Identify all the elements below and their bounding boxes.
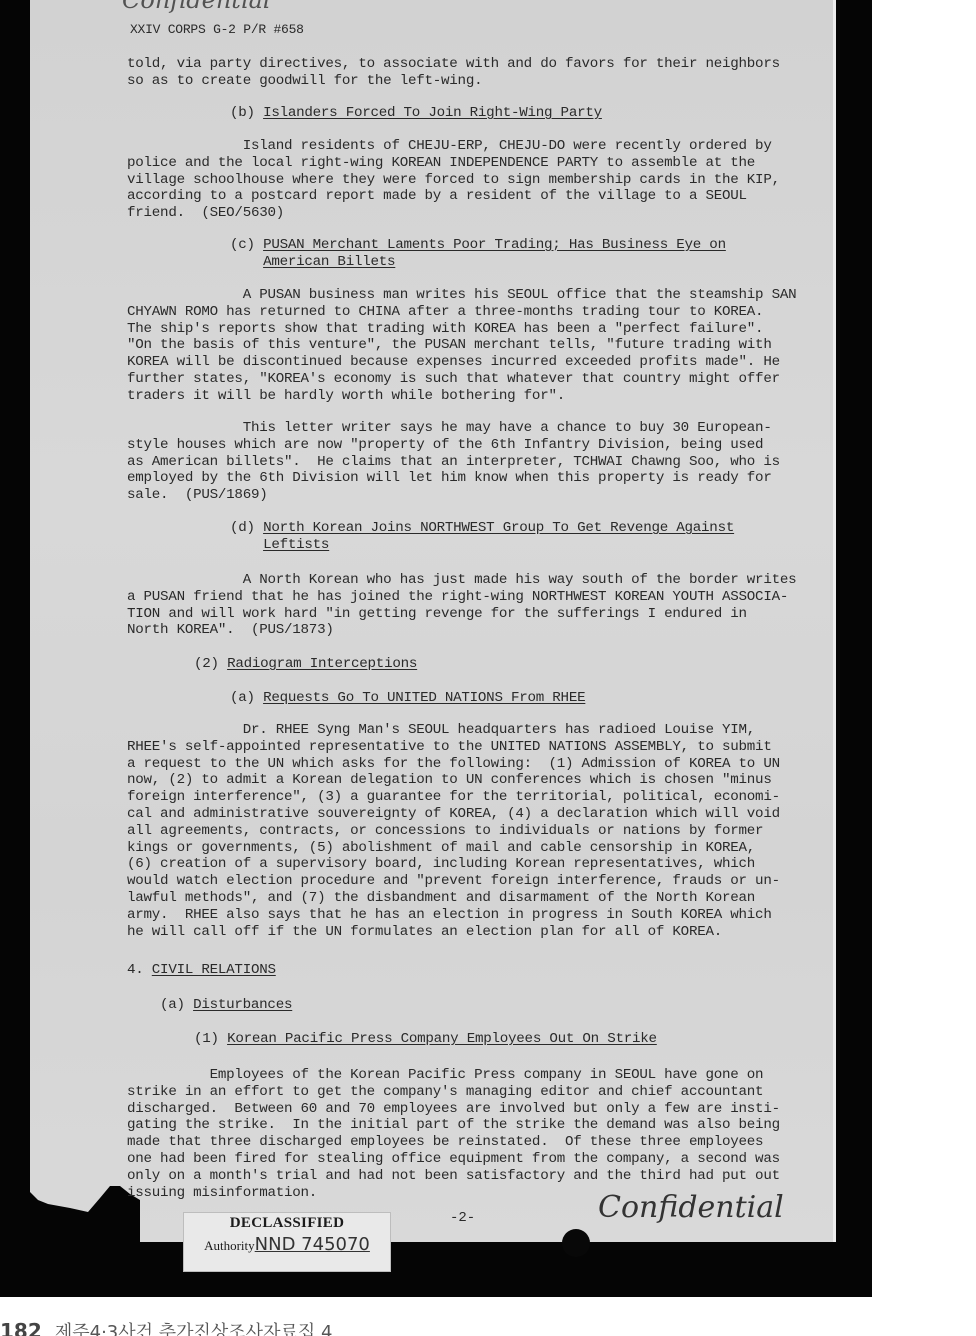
subsection-heading: (a) Disturbances xyxy=(160,997,292,1014)
heading-title: Islanders Forced To Join Right-Wing Part… xyxy=(263,105,602,121)
book-page-number: 182 xyxy=(0,1319,42,1336)
subsection-heading: (d) North Korean Joins NORTHWEST Group T… xyxy=(230,520,734,554)
paragraph: Employees of the Korean Pacific Press co… xyxy=(127,1067,780,1201)
handwritten-header: Confidential xyxy=(122,0,271,14)
heading-label: (a) xyxy=(160,997,193,1013)
heading-title-continued: American Billets xyxy=(263,254,395,270)
heading-label: (a) xyxy=(230,690,263,706)
paragraph: A North Korean who has just made his way… xyxy=(127,572,796,639)
paragraph: A PUSAN business man writes his SEOUL of… xyxy=(127,287,796,405)
subsection-heading: (c) PUSAN Merchant Laments Poor Trading;… xyxy=(230,237,726,271)
subsection-heading: (a) Requests Go To UNITED NATIONS From R… xyxy=(230,690,585,707)
heading-label: (1) xyxy=(194,1031,227,1047)
heading-title: North Korean Joins NORTHWEST Group To Ge… xyxy=(263,520,734,536)
heading-title: CIVIL RELATIONS xyxy=(152,962,276,978)
stamp-authority: AuthorityNND 745070 xyxy=(184,1234,390,1255)
page-number: -2- xyxy=(450,1210,475,1226)
section-heading: 4. CIVIL RELATIONS xyxy=(127,962,276,979)
heading-title: Korean Pacific Press Company Employees O… xyxy=(227,1031,657,1047)
heading-title: Requests Go To UNITED NATIONS From RHEE xyxy=(263,690,585,706)
header-line: XXIV CORPS G-2 P/R #658 xyxy=(130,22,304,39)
book-title: 제주4·3사건 추가진상조사자료집 4 xyxy=(55,1322,333,1336)
torn-corner xyxy=(0,1186,140,1246)
paragraph: told, via party directives, to associate… xyxy=(127,56,780,90)
paragraph: This letter writer says he may have a ch… xyxy=(127,420,780,504)
heading-title-continued: Leftists xyxy=(263,537,329,553)
heading-label: (c) xyxy=(230,237,263,253)
book-footer: 182 제주4·3사건 추가진상조사자료집 4 xyxy=(0,1318,332,1336)
confidential-signature: Confidential xyxy=(598,1190,784,1225)
heading-label: (b) xyxy=(230,105,263,121)
subsection-heading: (2) Radiogram Interceptions xyxy=(194,656,417,673)
heading-label: (2) xyxy=(194,656,227,672)
punch-hole xyxy=(562,1229,590,1257)
declassified-stamp: DECLASSIFIED AuthorityNND 745070 xyxy=(183,1212,391,1272)
subsection-heading: (b) Islanders Forced To Join Right-Wing … xyxy=(230,105,602,122)
stamp-authority-label: Authority xyxy=(204,1238,255,1253)
paragraph: Dr. RHEE Syng Man's SEOUL headquarters h… xyxy=(127,722,780,940)
heading-label: (d) xyxy=(230,520,263,536)
stamp-authority-value: NND 745070 xyxy=(255,1234,370,1255)
stamp-title: DECLASSIFIED xyxy=(184,1215,390,1232)
heading-label: 4. xyxy=(127,962,152,978)
subsection-heading: (1) Korean Pacific Press Company Employe… xyxy=(194,1031,657,1048)
heading-title: Radiogram Interceptions xyxy=(227,656,417,672)
heading-title: PUSAN Merchant Laments Poor Trading; Has… xyxy=(263,237,726,253)
paragraph: Island residents of CHEJU-ERP, CHEJU-DO … xyxy=(127,138,780,222)
heading-title: Disturbances xyxy=(193,997,292,1013)
